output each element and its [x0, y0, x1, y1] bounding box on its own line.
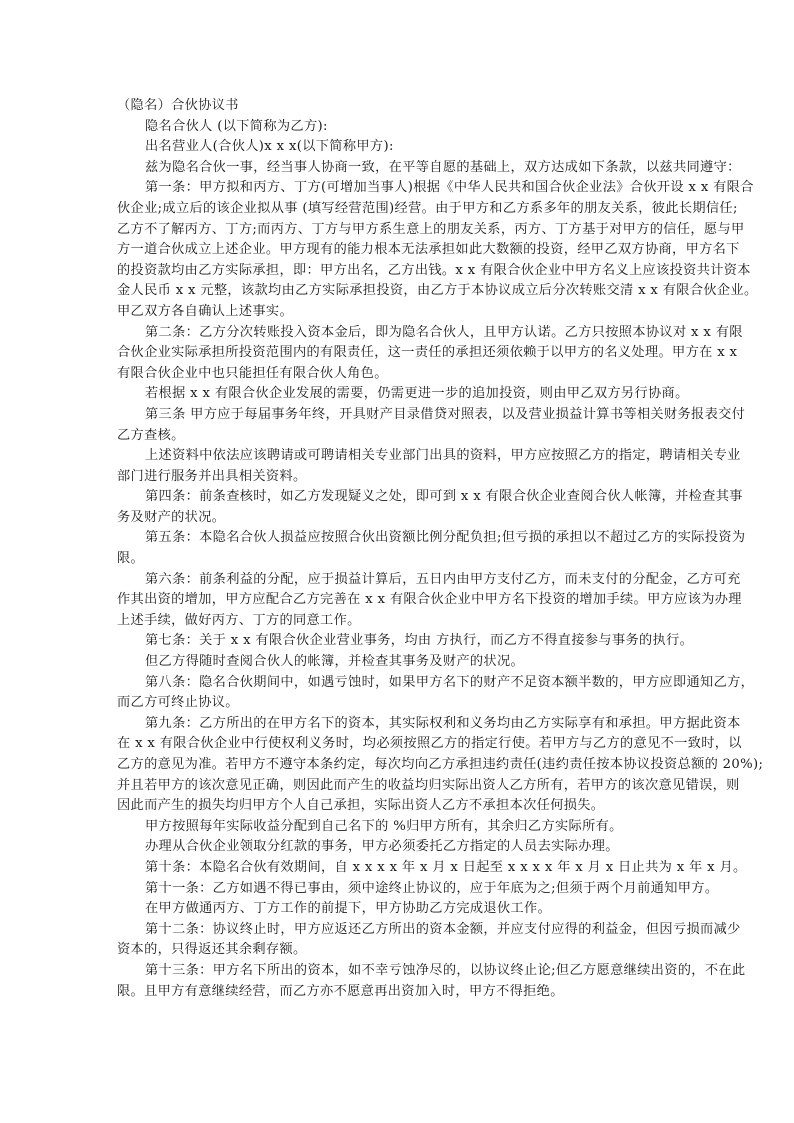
paragraph-first-line: 第六条：前条利益的分配，应于损益计算后，五日内由甲方支付乙方，而未支付的分配金，…	[117, 570, 691, 591]
paragraph-first-line: 第八条：隐名合伙期间中，如遇亏蚀时，如果甲方名下的财产不足资本额半数的，甲方应即…	[117, 673, 691, 694]
paragraph-line: 限。且甲方有意继续经营，而乙方亦不愿意再出资加入时，甲方不得拒绝。	[117, 982, 691, 1003]
paragraph: 第十条：本隐名合伙有效期间，自 x x x x 年 x 月 x 日起至 x x …	[117, 858, 691, 879]
paragraph-first-line: 甲方按照每年实际收益分配到自己名下的 %归甲方所有，其余归乙方实际所有。	[117, 817, 691, 838]
paragraph: 第八条：隐名合伙期间中，如遇亏蚀时，如果甲方名下的财产不足资本额半数的，甲方应即…	[117, 673, 691, 714]
paragraph-line: 因此而产生的损失均归甲方个人自己承担，实际出资人乙方不承担本次任何损失。	[117, 796, 691, 817]
paragraph-first-line: 第三条 甲方应于每届事务年终，开具财产目录借贷对照表，以及营业损益计算书等相关财…	[117, 405, 691, 426]
paragraph-line: 务及财产的状况。	[117, 508, 691, 529]
paragraph-line: 乙方查核。	[117, 426, 691, 447]
paragraph: 在甲方做通丙方、丁方工作的前提下，甲方协助乙方完成退伙工作。	[117, 899, 691, 920]
paragraph-line: 甲乙双方各自确认上述事实。	[117, 302, 691, 323]
paragraph-first-line: 但乙方得随时查阅合伙人的帐簿，并检查其事务及财产的状况。	[117, 652, 691, 673]
paragraph: 出名营业人(合伙人)x x x(以下简称甲方):	[117, 137, 691, 158]
paragraph: 上述资料中依法应该聘请或可聘请相关专业部门出具的资料，甲方应按照乙方的指定，聘请…	[117, 446, 691, 487]
document-body: （隐名）合伙协议书 隐名合伙人 (以下简称为乙方):出名营业人(合伙人)x x …	[117, 96, 691, 1002]
paragraph-first-line: 在甲方做通丙方、丁方工作的前提下，甲方协助乙方完成退伙工作。	[117, 899, 691, 920]
paragraph: 第十三条：甲方名下所出的资本，如不幸亏蚀净尽的，以协议终止论;但乙方愿意继续出资…	[117, 961, 691, 1002]
paragraph-line: 有限合伙企业中也只能担任有限合伙人角色。	[117, 364, 691, 385]
paragraph: 兹为隐名合伙一事，经当事人协商一致，在平等自愿的基础上，双方达成如下条款，以兹共…	[117, 158, 691, 179]
paragraph: 第九条：乙方所出的在甲方名下的资本，其实际权利和义务均由乙方实际享有和承担。甲方…	[117, 714, 691, 817]
paragraph: 第七条：关于 x x 有限合伙企业营业事务，均由 方执行，而乙方不得直接参与事务…	[117, 631, 691, 652]
paragraph-first-line: 第五条：本隐名合伙人损益应按照合伙出资额比例分配负担;但亏损的承担以不超过乙方的…	[117, 528, 691, 549]
paragraph: 第三条 甲方应于每届事务年终，开具财产目录借贷对照表，以及营业损益计算书等相关财…	[117, 405, 691, 446]
paragraph: 第十一条：乙方如遇不得已事由，须中途终止协议的，应于年底为之;但须于两个月前通知…	[117, 879, 691, 900]
paragraph-first-line: 第七条：关于 x x 有限合伙企业营业事务，均由 方执行，而乙方不得直接参与事务…	[117, 631, 691, 652]
paragraph-first-line: 兹为隐名合伙一事，经当事人协商一致，在平等自愿的基础上，双方达成如下条款，以兹共…	[117, 158, 691, 179]
paragraph-line: 乙方不了解丙方、丁方;而丙方、丁方与甲方系生意上的朋友关系，丙方、丁方基于对甲方…	[117, 220, 691, 241]
paragraph: 第四条：前条查核时，如乙方发现疑义之处，即可到 x x 有限合伙企业查阅合伙人帐…	[117, 487, 691, 528]
paragraph-line: 部门进行服务并出具相关资料。	[117, 467, 691, 488]
paragraph: 第五条：本隐名合伙人损益应按照合伙出资额比例分配负担;但亏损的承担以不超过乙方的…	[117, 528, 691, 569]
paragraph-line: 上述手续，做好丙方、丁方的同意工作。	[117, 611, 691, 632]
document-page: （隐名）合伙协议书 隐名合伙人 (以下简称为乙方):出名营业人(合伙人)x x …	[0, 0, 794, 1123]
paragraph-line: 金人民币 x x 元整，该款均由乙方实际承担投资，由乙方于本协议成立后分次转账交…	[117, 281, 691, 302]
document-title: （隐名）合伙协议书	[117, 96, 691, 117]
paragraph-line: 作其出资的增加，甲方应配合乙方完善在 x x 有限合伙企业中甲方名下投资的增加手…	[117, 590, 691, 611]
paragraph-first-line: 第十三条：甲方名下所出的资本，如不幸亏蚀净尽的，以协议终止论;但乙方愿意继续出资…	[117, 961, 691, 982]
paragraph-first-line: 第一条：甲方拟和丙方、丁方(可增加当事人)根据《中华人民共和国合伙企业法》合伙开…	[117, 178, 691, 199]
paragraph-line: 资本的，只得返还其余剩存额。	[117, 940, 691, 961]
paragraph-first-line: 第二条：乙方分次转账投入资本金后，即为隐名合伙人，且甲方认诺。乙方只按照本协议对…	[117, 323, 691, 344]
paragraph-first-line: 第十二条：协议终止时，甲方应返还乙方所出的资本金额，并应支付应得的利益金，但因亏…	[117, 920, 691, 941]
paragraph: 第十二条：协议终止时，甲方应返还乙方所出的资本金额，并应支付应得的利益金，但因亏…	[117, 920, 691, 961]
paragraph-first-line: 第四条：前条查核时，如乙方发现疑义之处，即可到 x x 有限合伙企业查阅合伙人帐…	[117, 487, 691, 508]
paragraph: 但乙方得随时查阅合伙人的帐簿，并检查其事务及财产的状况。	[117, 652, 691, 673]
paragraph-first-line: 出名营业人(合伙人)x x x(以下简称甲方):	[117, 137, 691, 158]
paragraph: 第六条：前条利益的分配，应于损益计算后，五日内由甲方支付乙方，而未支付的分配金，…	[117, 570, 691, 632]
paragraph-first-line: 隐名合伙人 (以下简称为乙方):	[117, 117, 691, 138]
paragraph-first-line: 第十条：本隐名合伙有效期间，自 x x x x 年 x 月 x 日起至 x x …	[117, 858, 691, 879]
paragraph-line: 而乙方可终止协议。	[117, 693, 691, 714]
paragraph-line: 限。	[117, 549, 691, 570]
paragraph: 第二条：乙方分次转账投入资本金后，即为隐名合伙人，且甲方认诺。乙方只按照本协议对…	[117, 323, 691, 385]
paragraph-first-line: 上述资料中依法应该聘请或可聘请相关专业部门出具的资料，甲方应按照乙方的指定，聘请…	[117, 446, 691, 467]
paragraph: 隐名合伙人 (以下简称为乙方):	[117, 117, 691, 138]
paragraph: 办理从合伙企业领取分红款的事务，甲方必须委托乙方指定的人员去实际办理。	[117, 837, 691, 858]
paragraph-line: 乙方的意见为准。若甲方不遵守本条约定，每次均向乙方承担违约责任(违约责任按本协议…	[117, 755, 691, 776]
paragraph-line: 并且若甲方的该次意见正确，则因此而产生的收益均归实际出资人乙方所有，若甲方的该次…	[117, 776, 691, 797]
paragraph-first-line: 第九条：乙方所出的在甲方名下的资本，其实际权利和义务均由乙方实际享有和承担。甲方…	[117, 714, 691, 735]
paragraph-first-line: 第十一条：乙方如遇不得已事由，须中途终止协议的，应于年底为之;但须于两个月前通知…	[117, 879, 691, 900]
paragraph: 若根据 x x 有限合伙企业发展的需要，仍需更进一步的追加投资，则由甲乙双方另行…	[117, 384, 691, 405]
paragraph: 第一条：甲方拟和丙方、丁方(可增加当事人)根据《中华人民共和国合伙企业法》合伙开…	[117, 178, 691, 322]
paragraph-line: 合伙企业实际承担所投资范围内的有限责任，这一责任的承担还须依赖于以甲方的名义处理…	[117, 343, 691, 364]
paragraph: 甲方按照每年实际收益分配到自己名下的 %归甲方所有，其余归乙方实际所有。	[117, 817, 691, 838]
paragraph-line: 方一道合伙成立上述企业。甲方现有的能力根本无法承担如此大数额的投资，经甲乙双方协…	[117, 240, 691, 261]
paragraph-line: 在 x x 有限合伙企业中行使权利义务时，均必须按照乙方的指定行使。若甲方与乙方…	[117, 734, 691, 755]
paragraph-first-line: 办理从合伙企业领取分红款的事务，甲方必须委托乙方指定的人员去实际办理。	[117, 837, 691, 858]
paragraph-first-line: 若根据 x x 有限合伙企业发展的需要，仍需更进一步的追加投资，则由甲乙双方另行…	[117, 384, 691, 405]
paragraph-line: 伙企业;成立后的该企业拟从事 (填写经营范围)经营。由于甲方和乙方系多年的朋友关…	[117, 199, 691, 220]
paragraph-line: 的投资款均由乙方实际承担，即：甲方出名，乙方出钱。x x 有限合伙企业中甲方名义…	[117, 261, 691, 282]
